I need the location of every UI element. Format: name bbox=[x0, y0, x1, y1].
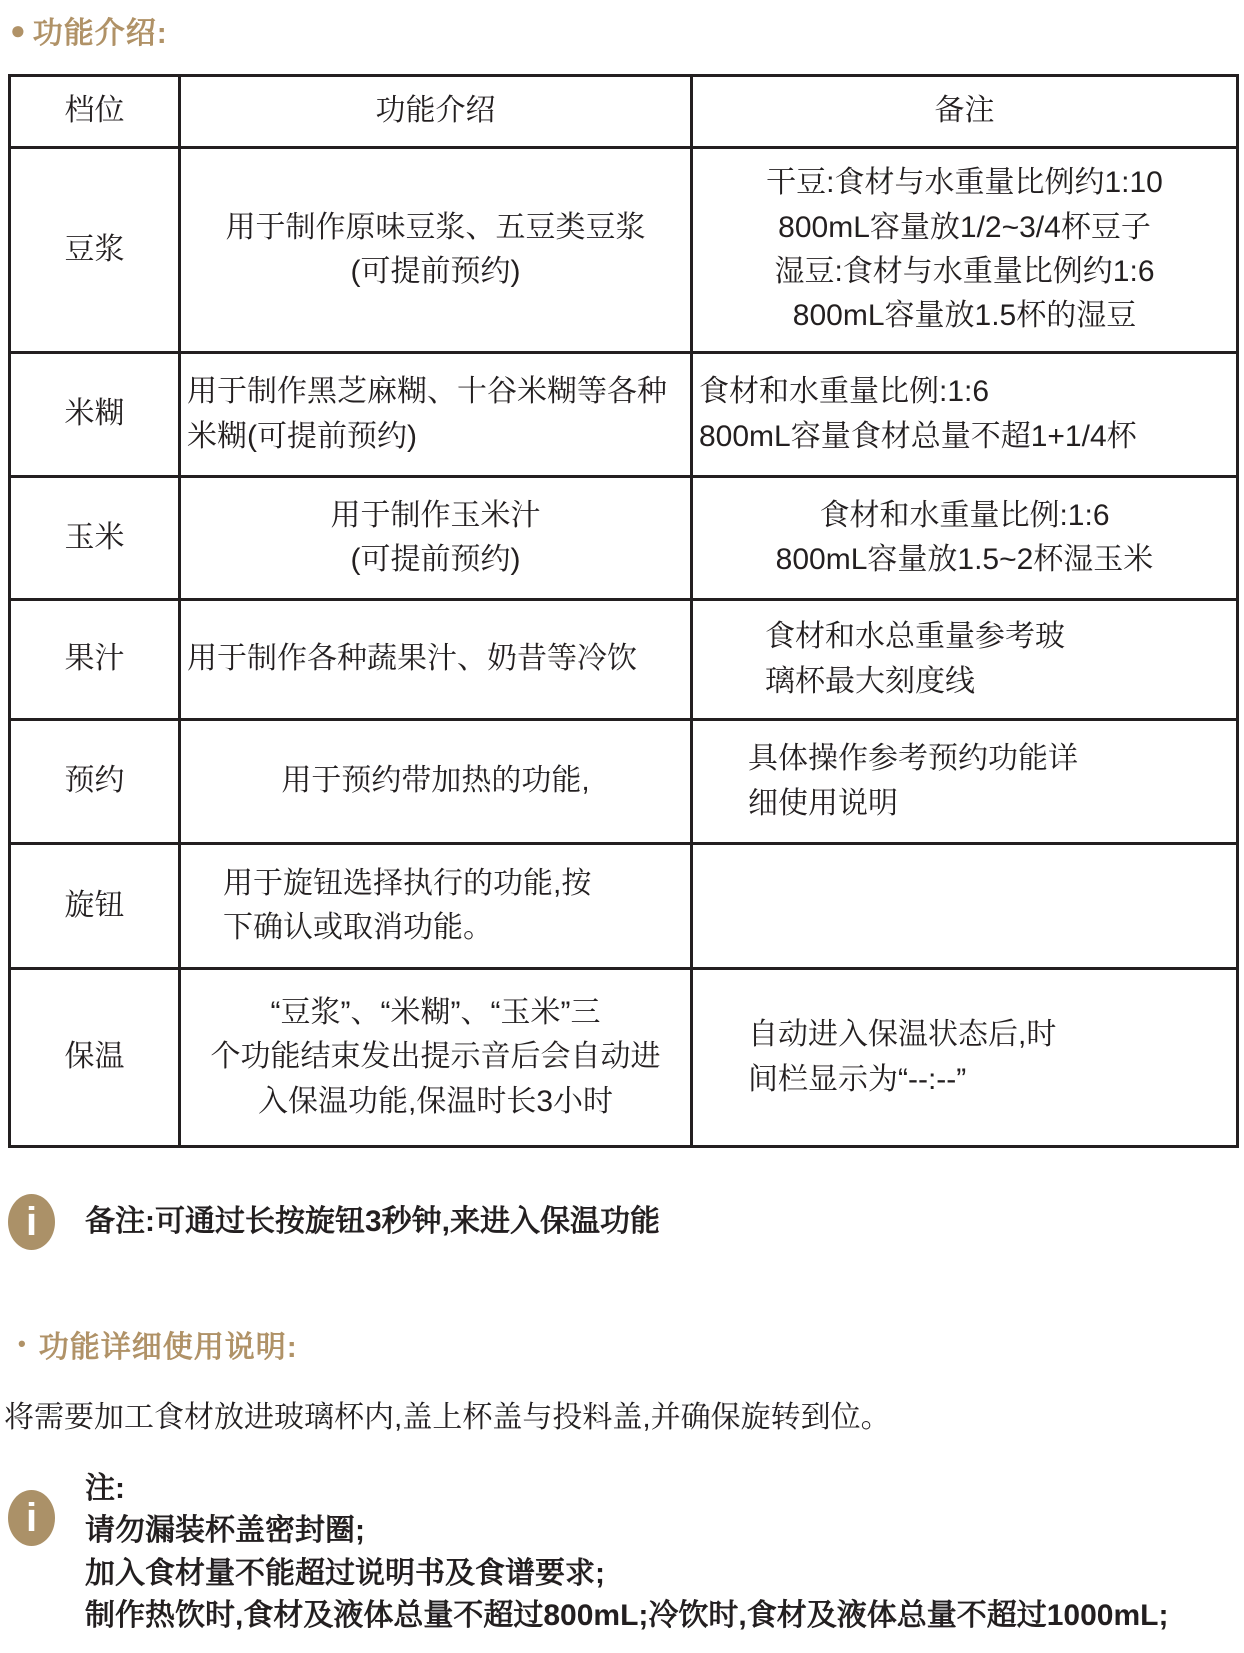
cell-function: 用于旋钮选择执行的功能,按 下确认或取消功能。 bbox=[180, 844, 692, 969]
table-row-rice-paste: 米糊 用于制作黑芝麻糊、十谷米糊等各种米糊(可提前预约) 食材和水重量比例:1:… bbox=[10, 353, 1238, 477]
header-function: 功能介绍 bbox=[180, 76, 692, 148]
cell-gear: 豆浆 bbox=[10, 148, 180, 353]
note-keep-warm-tip: i 备注:可通过长按旋钮3秒钟,来进入保温功能 bbox=[8, 1194, 1244, 1250]
cell-remark: 食材和水重量比例:1:6 800mL容量放1.5~2杯湿玉米 bbox=[692, 477, 1238, 600]
cell-remark: 食材和水重量比例:1:6 800mL容量食材总量不超1+1/4杯 bbox=[692, 353, 1238, 477]
table-row-soymilk: 豆浆 用于制作原味豆浆、五豆类豆浆 (可提前预约) 干豆:食材与水重量比例约1:… bbox=[10, 148, 1238, 353]
cell-remark: 自动进入保温状态后,时 间栏显示为“--:--” bbox=[692, 969, 1238, 1147]
cell-gear: 玉米 bbox=[10, 477, 180, 600]
cell-gear: 果汁 bbox=[10, 600, 180, 720]
note-cautions: i 注: 请勿漏装杯盖密封圈; 加入食材量不能超过说明书及食谱要求; 制作热饮时… bbox=[8, 1468, 1244, 1638]
cell-gear: 预约 bbox=[10, 720, 180, 844]
cell-function: 用于制作黑芝麻糊、十谷米糊等各种米糊(可提前预约) bbox=[180, 353, 692, 477]
cell-remark bbox=[692, 844, 1238, 969]
cell-remark: 干豆:食材与水重量比例约1:10 800mL容量放1/2~3/4杯豆子 湿豆:食… bbox=[692, 148, 1238, 353]
cell-gear: 保温 bbox=[10, 969, 180, 1147]
section-heading-function-intro: ●功能介绍: bbox=[10, 8, 1244, 52]
table-row-corn: 玉米 用于制作玉米汁 (可提前预约) 食材和水重量比例:1:6 800mL容量放… bbox=[10, 477, 1238, 600]
note-text: 备注:可通过长按旋钮3秒钟,来进入保温功能 bbox=[85, 1201, 660, 1244]
table-header-row: 档位 功能介绍 备注 bbox=[10, 76, 1238, 148]
function-table: 档位 功能介绍 备注 豆浆 用于制作原味豆浆、五豆类豆浆 (可提前预约) 干豆:… bbox=[8, 74, 1239, 1148]
table-row-knob: 旋钮 用于旋钮选择执行的功能,按 下确认或取消功能。 bbox=[10, 844, 1238, 969]
cell-function: 用于预约带加热的功能, bbox=[180, 720, 692, 844]
manual-page: ●功能介绍: 档位 功能介绍 备注 豆浆 用于制作原味豆浆、五豆类豆浆 (可提前… bbox=[0, 0, 1244, 1653]
cell-gear: 旋钮 bbox=[10, 844, 180, 969]
bullet-icon: ● bbox=[10, 17, 27, 43]
header-remark: 备注 bbox=[692, 76, 1238, 148]
table-row-keep-warm: 保温 “豆浆”、“米糊”、“玉米”三 个功能结束发出提示音后会自动进 入保温功能… bbox=[10, 969, 1238, 1147]
cell-function: “豆浆”、“米糊”、“玉米”三 个功能结束发出提示音后会自动进 入保温功能,保温… bbox=[180, 969, 692, 1147]
bullet-icon: • bbox=[18, 1333, 27, 1355]
section-heading-usage-detail: •功能详细使用说明: bbox=[18, 1322, 1244, 1366]
header-gear: 档位 bbox=[10, 76, 180, 148]
cell-remark: 食材和水总重量参考玻 璃杯最大刻度线 bbox=[692, 600, 1238, 720]
cell-gear: 米糊 bbox=[10, 353, 180, 477]
cell-function: 用于制作原味豆浆、五豆类豆浆 (可提前预约) bbox=[180, 148, 692, 353]
cell-function: 用于制作各种蔬果汁、奶昔等冷饮 bbox=[180, 600, 692, 720]
usage-instruction-paragraph: 将需要加工食材放进玻璃杯内,盖上杯盖与投料盖,并确保旋转到位。 bbox=[4, 1396, 1244, 1440]
section-title: 功能详细使用说明: bbox=[39, 1322, 298, 1366]
section-title: 功能介绍: bbox=[33, 8, 168, 52]
table-row-juice: 果汁 用于制作各种蔬果汁、奶昔等冷饮 食材和水总重量参考玻 璃杯最大刻度线 bbox=[10, 600, 1238, 720]
cell-function: 用于制作玉米汁 (可提前预约) bbox=[180, 477, 692, 600]
info-icon: i bbox=[8, 1194, 55, 1250]
table-row-reservation: 预约 用于预约带加热的功能, 具体操作参考预约功能详 细使用说明 bbox=[10, 720, 1238, 844]
cell-remark: 具体操作参考预约功能详 细使用说明 bbox=[692, 720, 1238, 844]
note-lines: 注: 请勿漏装杯盖密封圈; 加入食材量不能超过说明书及食谱要求; 制作热饮时,食… bbox=[85, 1468, 1168, 1638]
info-icon: i bbox=[8, 1490, 55, 1546]
